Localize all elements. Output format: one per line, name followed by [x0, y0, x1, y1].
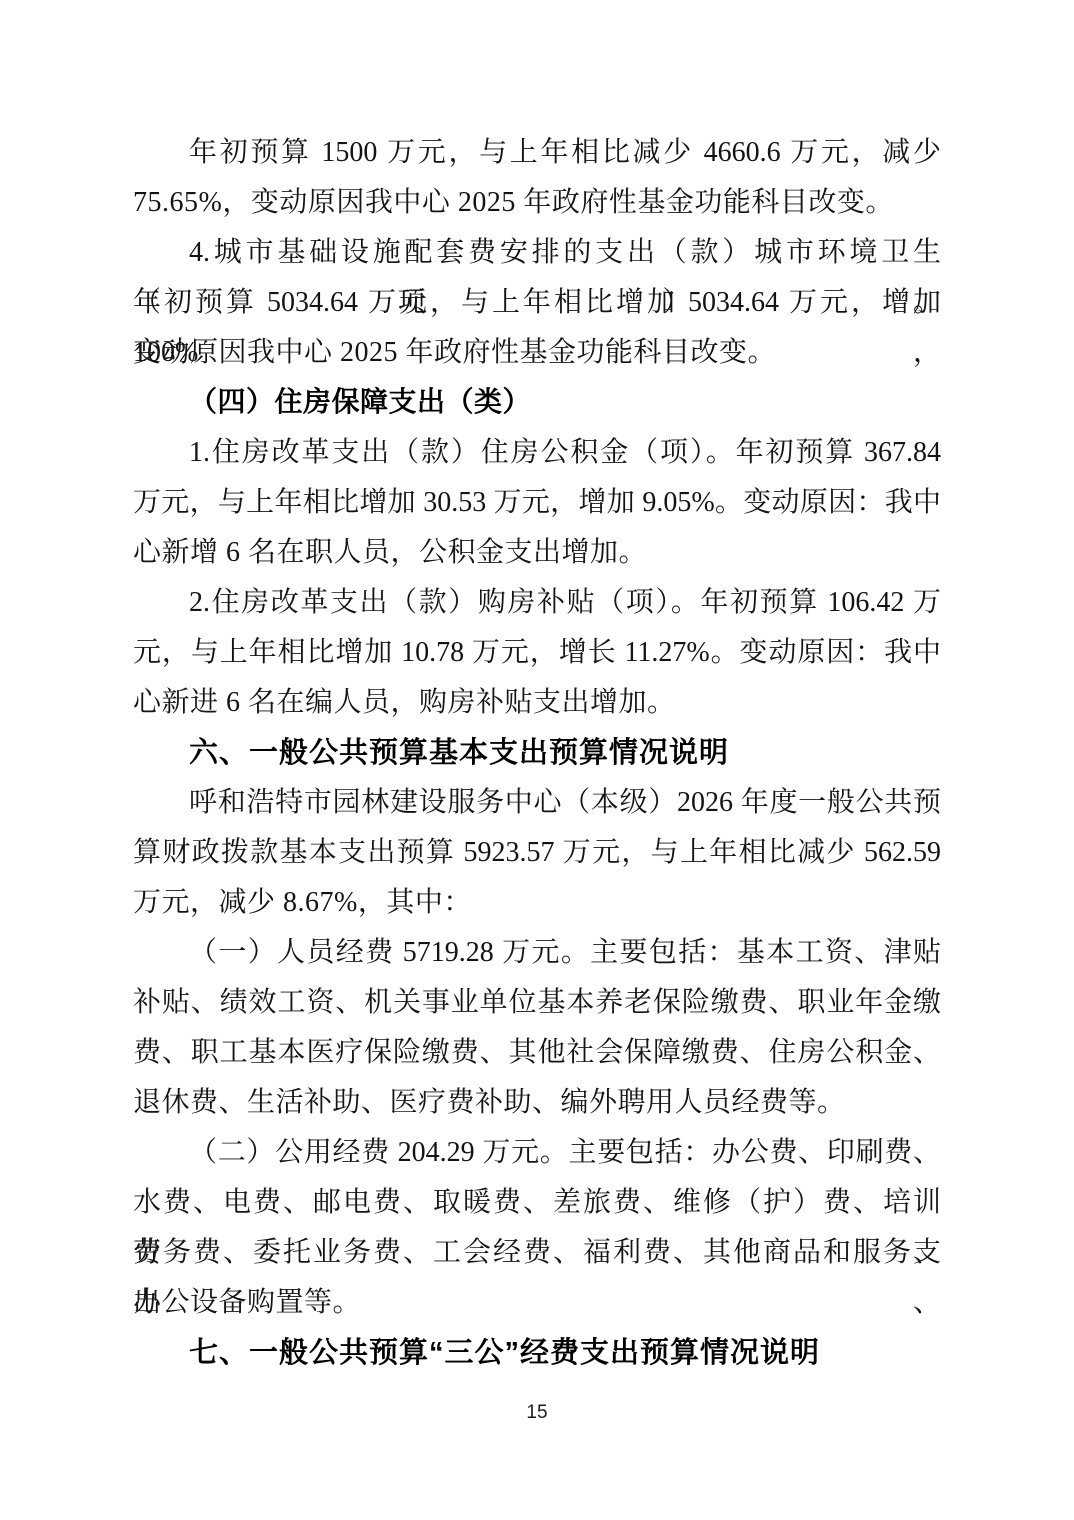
text-line: 4.城市基础设施配套费安排的支出（款）城市环境卫生（项）。: [133, 228, 941, 278]
text-line: 心新进 6 名在编人员，购房补贴支出增加。: [133, 678, 941, 728]
text-line: （一）人员经费 5719.28 万元。主要包括：基本工资、津贴: [133, 928, 941, 978]
text-line: 年初预算 1500 万元，与上年相比减少 4660.6 万元，减少: [133, 128, 941, 178]
text-line: 元，与上年相比增加 10.78 万元，增长 11.27%。变动原因：我中: [133, 628, 941, 678]
section-heading: 六、一般公共预算基本支出预算情况说明: [133, 728, 941, 778]
text-line: 1.住房改革支出（款）住房公积金（项）。年初预算 367.84: [133, 428, 941, 478]
text-line: 呼和浩特市园林建设服务中心（本级）2026 年度一般公共预: [133, 778, 941, 828]
page-number: 15: [0, 1398, 1074, 1428]
section-heading: 七、一般公共预算“三公”经费支出预算情况说明: [133, 1328, 941, 1378]
document-page: 年初预算 1500 万元，与上年相比减少 4660.6 万元，减少75.65%，…: [0, 0, 1074, 1520]
text-line: 劳务费、委托业务费、工会经费、福利费、其他商品和服务支出、: [133, 1228, 941, 1278]
text-line: 75.65%，变动原因我中心 2025 年政府性基金功能科目改变。: [133, 178, 941, 228]
text-line: 退休费、生活补助、医疗费补助、编外聘用人员经费等。: [133, 1078, 941, 1128]
text-line: （二）公用经费 204.29 万元。主要包括：办公费、印刷费、: [133, 1128, 941, 1178]
subsection-heading: （四）住房保障支出（类）: [133, 378, 941, 428]
text-line: 心新增 6 名在职人员，公积金支出增加。: [133, 528, 941, 578]
document-body: 年初预算 1500 万元，与上年相比减少 4660.6 万元，减少75.65%，…: [133, 128, 941, 1378]
text-line: 2.住房改革支出（款）购房补贴（项）。年初预算 106.42 万: [133, 578, 941, 628]
text-line: 水费、电费、邮电费、取暖费、差旅费、维修（护）费、培训费、: [133, 1178, 941, 1228]
text-line: 年初预算 5034.64 万元，与上年相比增加 5034.64 万元，增加 10…: [133, 278, 941, 328]
text-line: 算财政拨款基本支出预算 5923.57 万元，与上年相比减少 562.59: [133, 828, 941, 878]
text-line: 补贴、绩效工资、机关事业单位基本养老保险缴费、职业年金缴: [133, 978, 941, 1028]
text-line: 万元，与上年相比增加 30.53 万元，增加 9.05%。变动原因：我中: [133, 478, 941, 528]
text-line: 费、职工基本医疗保险缴费、其他社会保障缴费、住房公积金、: [133, 1028, 941, 1078]
text-line: 万元，减少 8.67%，其中：: [133, 878, 941, 928]
